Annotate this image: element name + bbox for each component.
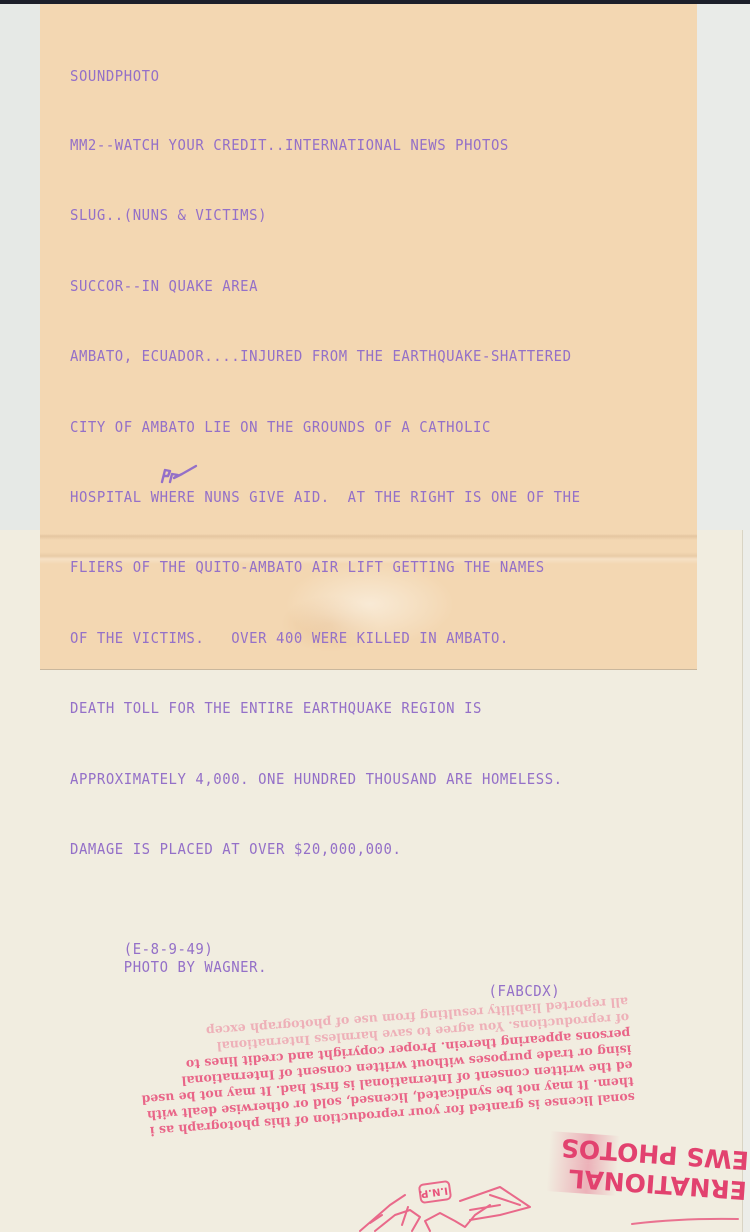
stamp-smear-line [630,1217,740,1225]
svg-text:I.N.P.: I.N.P. [418,1184,448,1199]
caption-line-service: SOUNDPHOTO [70,64,581,97]
caption-line-credit-notice: MM2--WATCH YOUR CREDIT..INTERNATIONAL NE… [70,133,581,167]
agency-stamp: ERNATIONAL EWS PHOTOS [548,1138,748,1208]
caption-line-body-4: FLIERS OF THE QUITO-AMBATO AIR LIFT GETT… [70,555,581,589]
scan-background-right [743,530,750,1232]
caption-line-body-6: DEATH TOLL FOR THE ENTIRE EARTHQUAKE REG… [70,696,581,730]
caption-clipping: SOUNDPHOTO MM2--WATCH YOUR CREDIT..INTER… [40,4,697,669]
date-code: (E-8-9-49) [124,937,214,961]
caption-line-body-7: APPROXIMATELY 4,000. ONE HUNDRED THOUSAN… [70,767,581,801]
caption-line-body-8: DAMAGE IS PLACED AT OVER $20,000,000. [70,837,581,871]
caption-text-block: SOUNDPHOTO MM2--WATCH YOUR CREDIT..INTER… [70,28,581,978]
handwritten-initials-icon [158,462,198,486]
caption-line-slug: SLUG..(NUNS & VICTIMS) [70,203,581,237]
caption-line-body-3: HOSPITAL WHERE NUNS GIVE AID. AT THE RIG… [70,485,581,519]
caption-footer: (E-8-9-49) PHOTO BY WAGNER. (FABCDX) [70,907,581,941]
caption-line-body-1: AMBATO, ECUADOR....INJURED FROM THE EART… [70,344,581,378]
caption-line-body-5: OF THE VICTIMS. OVER 400 WERE KILLED IN … [70,626,581,660]
caption-line-body-2: CITY OF AMBATO LIE ON THE GROUNDS OF A C… [70,415,581,449]
caption-line-headline: SUCCOR--IN QUAKE AREA [70,274,581,308]
scan-background-left [0,4,40,532]
inp-eagle-logo-icon: I.N.P. [350,1165,550,1232]
